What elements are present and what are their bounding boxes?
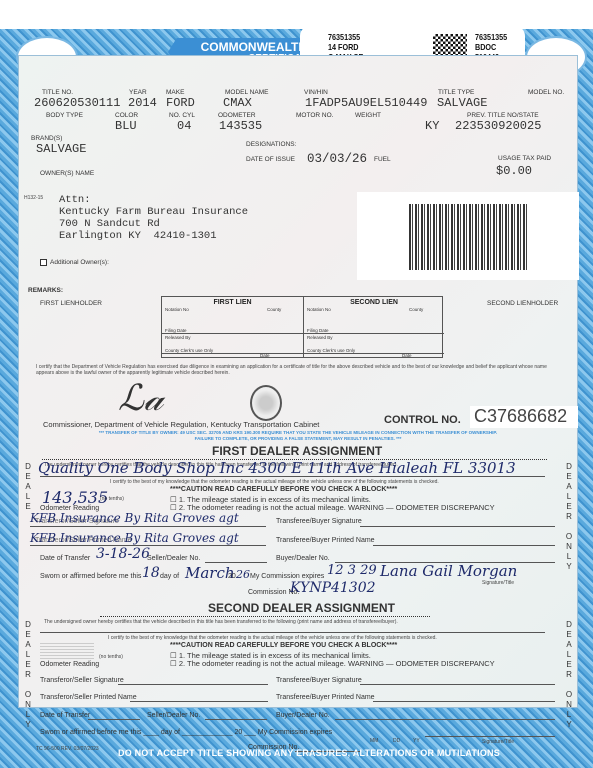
seller-name-value[interactable]: KFB Insurance By Rita Groves agt <box>30 531 239 545</box>
first-lien-heading: FIRST LIEN <box>162 299 303 306</box>
prev-title-state: KY <box>425 119 439 133</box>
label-designations: DESIGNATIONS: <box>246 141 296 148</box>
label-weight: WEIGHT <box>355 112 381 119</box>
footer-warning: DO NOT ACCEPT TITLE SHOWING ANY ERASURES… <box>118 748 500 758</box>
county-label: County <box>267 307 281 312</box>
yy-label: YY <box>413 738 420 744</box>
seller-signature-line[interactable] <box>118 684 268 685</box>
owner-address-line: 700 N Sandcut Rd <box>59 218 160 230</box>
first-dealer-buyer-name[interactable]: Quality One Body Shop Inc 4300 E 11th Av… <box>38 459 516 477</box>
seller-name-line[interactable] <box>130 701 268 702</box>
label-title-type: TITLE TYPE <box>438 89 474 96</box>
commissioner-signature: ℒ𝒶 <box>118 378 164 420</box>
buyer-signature-line[interactable] <box>360 684 555 685</box>
additional-owners-checkbox[interactable] <box>40 259 47 266</box>
label-vin: VIN/HIN <box>304 89 328 96</box>
second-dealer-caution: ****CAUTION READ CAREFULLY BEFORE YOU CH… <box>170 642 397 649</box>
second-dealer-certify-odometer: I certify to the best of my knowledge th… <box>108 635 437 641</box>
vehicle-cylinders: 04 <box>177 119 191 133</box>
second-dealer-intro: The undersigned owner hereby certifies t… <box>44 619 398 625</box>
first-dealer-title: FIRST DEALER ASSIGNMENT <box>212 444 382 458</box>
vehicle-color: BLU <box>115 119 137 133</box>
control-no-label: CONTROL NO. <box>384 414 461 426</box>
side-label-left-2: DEALER ONLY <box>24 620 32 730</box>
county-label: County <box>409 307 423 312</box>
label-date-of-issue: DATE OF ISSUE <box>246 156 295 163</box>
date-transfer-line[interactable] <box>88 719 140 720</box>
buyer-name-label: Transferee/Buyer Printed Name <box>276 537 375 544</box>
seller-name-label: Transferor/Seller Printed Name <box>40 694 137 701</box>
second-dealer-buyer-line[interactable] <box>40 632 545 633</box>
first-dealer-caution: ****CAUTION READ CAREFULLY BEFORE YOU CH… <box>170 486 397 493</box>
mm-label: MM <box>370 738 378 744</box>
label-prev-title: PREV. TITLE NO/STATE <box>467 112 539 119</box>
vehicle-odometer: 143535 <box>219 119 262 133</box>
released-by-label: Released By <box>165 335 191 340</box>
prev-title-number: 223530920025 <box>455 119 541 133</box>
label-owner-name: OWNER(S) NAME <box>40 170 94 177</box>
odometer-reading-label: Odometer Reading <box>40 661 99 668</box>
notary-signature[interactable]: Lana Gail Morgan <box>380 562 517 580</box>
vehicle-make: FORD <box>166 96 195 110</box>
vehicle-model: CMAX <box>223 96 252 110</box>
label-body-type: BODY TYPE <box>46 112 83 119</box>
owner-code: H132-15 <box>24 195 43 201</box>
buyer-signature-label: Transferee/Buyer Signature <box>276 677 362 684</box>
first-dealer-certify-odometer: I certify to the best of my knowledge th… <box>110 479 439 485</box>
signature-title-line[interactable] <box>425 736 555 737</box>
option-2-text: 2. The odometer reading is not the actua… <box>179 659 495 668</box>
date-transfer-label: Date of Transfer <box>40 712 90 719</box>
second-dealer-option-2[interactable]: ☐ 2. The odometer reading is not the act… <box>170 659 495 668</box>
seller-signature-label: Transferor/Seller Signature <box>40 677 124 684</box>
second-lienholder-label: SECOND LIENHOLDER <box>487 300 558 307</box>
remarks-label: REMARKS: <box>28 287 63 294</box>
control-number: C37686682 <box>474 406 567 427</box>
vehicle-vin: 1FADP5AU9EL510449 <box>305 96 427 110</box>
released-by-label: Released By <box>307 335 333 340</box>
label-fuel: FUEL <box>374 156 391 163</box>
seller-dealer-line[interactable] <box>205 562 267 563</box>
first-lien-column: FIRST LIEN Notation No County Filing Dat… <box>162 297 303 357</box>
no-tenths-label: (no tenths) <box>100 496 124 502</box>
date-of-issue: 03/03/26 <box>307 152 367 166</box>
signature-title-label: Signature/Title <box>482 580 514 586</box>
label-brands: BRAND(S) <box>31 135 62 142</box>
date-label: Date <box>260 353 270 358</box>
buyer-dealer-line[interactable] <box>335 719 555 720</box>
seller-signature-value[interactable]: KFB Insurance By Rita Groves agt <box>30 511 239 525</box>
notation-no-label: Notation No <box>165 307 189 312</box>
sworn-day[interactable]: 18 <box>142 565 160 581</box>
transfer-notice: FAILURE TO COMPLETE, OR PROVIDING A FALS… <box>58 436 538 442</box>
certification-text: I certify that the Department of Vehicle… <box>36 364 566 376</box>
seller-dealer-line[interactable] <box>205 719 267 720</box>
second-lien-heading: SECOND LIEN <box>304 299 444 306</box>
buyer-name-label: Transferee/Buyer Printed Name <box>276 694 375 701</box>
label-usage-tax: USAGE TAX PAID <box>498 155 551 162</box>
title-type: SALVAGE <box>437 96 487 110</box>
owner-address-line: Earlington KY 42410-1301 <box>59 230 217 242</box>
owner-address-line: Kentucky Farm Bureau Insurance <box>59 206 248 218</box>
buyer-name-line[interactable] <box>373 545 555 546</box>
day-of-label: day of <box>160 573 179 580</box>
date-label: Date <box>402 353 412 358</box>
additional-owners-label: Additional Owner(s): <box>50 259 109 266</box>
sworn-label: Sworn or affirmed before me this <box>40 573 141 580</box>
buyer-name-line[interactable] <box>373 701 555 702</box>
vehicle-year: 2014 <box>128 96 157 110</box>
title-number: 260620530111 <box>34 96 120 110</box>
date-transfer-label: Date of Transfer <box>40 555 90 562</box>
label-model-name: MODEL NAME <box>225 89 268 96</box>
year-prefix: 20 <box>228 573 236 580</box>
sticker-line: BDOC <box>475 42 496 52</box>
no-tenths-label: (no tenths) <box>99 654 123 660</box>
commissioner-title: Commissioner, Department of Vehicle Regu… <box>43 420 319 429</box>
sworn-year[interactable]: 26 <box>236 568 250 581</box>
label-odometer: ODOMETER <box>218 112 256 119</box>
label-no-cyl: NO. CYL <box>169 112 195 119</box>
sticker-line: 76351355 <box>475 32 507 42</box>
buyer-dealer-label: Buyer/Dealer No. <box>276 712 330 719</box>
label-year: YEAR <box>129 89 147 96</box>
label-color: COLOR <box>115 112 138 119</box>
second-dealer-title: SECOND DEALER ASSIGNMENT <box>208 601 395 615</box>
owner-address-line: Attn: <box>59 194 91 206</box>
notation-no-label: Notation No <box>307 307 331 312</box>
buyer-dealer-label: Buyer/Dealer No. <box>276 555 330 562</box>
sworn-line: Sworn or affirmed before me this ____ da… <box>40 729 332 736</box>
seller-dealer-label: Seller/Dealer No. <box>147 555 200 562</box>
commission-exp-value[interactable]: 12 3 29 <box>327 563 377 578</box>
buyer-signature-line[interactable] <box>360 526 555 527</box>
vehicle-brands: SALVAGE <box>36 142 86 156</box>
side-label-right-2: DEALER ONLY <box>565 620 573 730</box>
seller-dealer-label: Seller/Dealer No. <box>147 712 200 719</box>
dd-label: DD <box>393 738 400 744</box>
pdf417-barcode <box>357 192 579 280</box>
sticker-line: 76351355 <box>328 32 360 42</box>
form-number: TC 96-500 REV. 03/07/2023 <box>36 746 99 752</box>
kentucky-seal-icon <box>250 385 282 421</box>
commission-no-value[interactable]: KYNP41302 <box>290 580 376 596</box>
second-lien-column: SECOND LIEN Notation No County Filing Da… <box>303 297 444 357</box>
label-motor-no: MOTOR NO. <box>296 112 333 119</box>
label-title-no: TITLE NO. <box>42 89 73 96</box>
side-label-left: DEALE <box>24 462 32 512</box>
label-make: MAKE <box>166 89 184 96</box>
usage-tax-paid: $0.00 <box>496 164 532 178</box>
lien-table: FIRST LIEN Notation No County Filing Dat… <box>161 296 443 358</box>
side-label-right: DEALER ONLY <box>565 462 573 572</box>
label-model-no: MODEL NO. <box>528 89 564 96</box>
signature-title-label: Signature/Title <box>482 739 514 745</box>
odometer-entry-box[interactable] <box>40 643 94 659</box>
sticker-line: 14 FORD <box>328 42 359 52</box>
date-transfer-value[interactable]: 3-18-26 <box>96 546 150 562</box>
commission-exp-label: My Commission expires <box>250 573 324 580</box>
first-lienholder-label: FIRST LIENHOLDER <box>40 300 102 307</box>
buyer-signature-label: Transferee/Buyer Signature <box>276 518 362 525</box>
